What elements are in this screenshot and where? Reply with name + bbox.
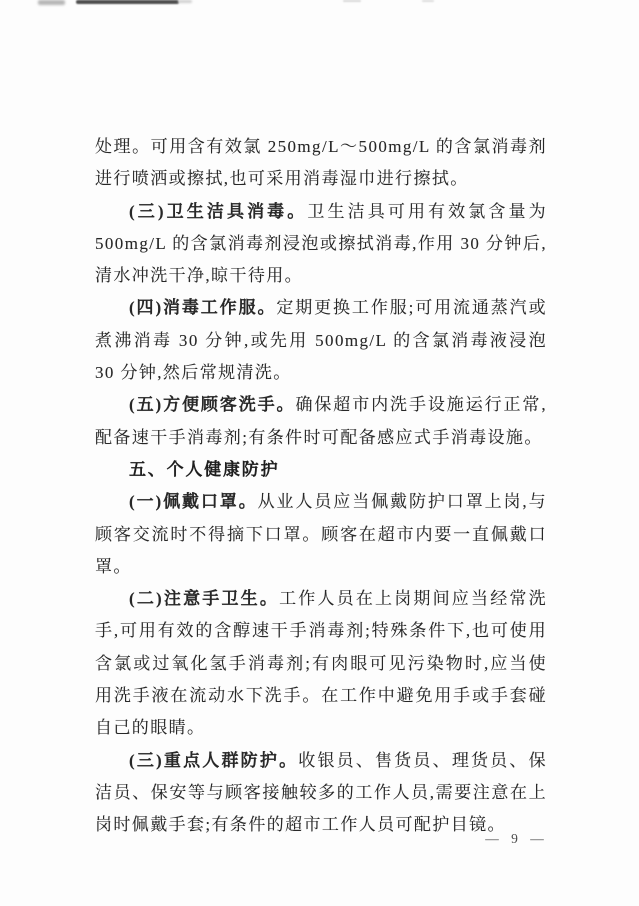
paragraph-lead: (二)注意手卫生。 [129, 589, 279, 608]
paragraph-text: 工作人员在上岗期间应当经常洗手,可用有效的含醇速干手消毒剂;特殊条件下,也可使用… [95, 589, 547, 737]
paragraph-item-5-hand-washing: (五)方便顾客洗手。确保超市内洗手设施运行正常,配备速干手消毒剂;有条件时可配备… [95, 389, 547, 454]
paragraph-text: 处理。可用含有效氯 250mg/L～500mg/L 的含氯消毒剂进行喷洒或擦拭,… [95, 137, 547, 188]
document-page: 处理。可用含有效氯 250mg/L～500mg/L 的含氯消毒剂进行喷洒或擦拭,… [0, 0, 639, 906]
scan-artifact [76, 0, 179, 4]
paragraph-lead: (三)重点人群防护。 [129, 751, 298, 770]
paragraph-item-1-wear-mask: (一)佩戴口罩。从业人员应当佩戴防护口罩上岗,与顾客交流时不得摘下口罩。顾客在超… [95, 486, 547, 583]
paragraph-lead: (一)佩戴口罩。 [129, 492, 258, 511]
scan-artifact [178, 0, 192, 3]
paragraph-lead: (四)消毒工作服。 [129, 298, 276, 317]
paragraph-lead: (五)方便顾客洗手。 [129, 395, 295, 414]
scan-artifact [422, 0, 434, 2]
paragraph-item-3-sanitary-ware: (三)卫生洁具消毒。卫生洁具可用有效氯含量为 500mg/L 的含氯消毒剂浸泡或… [95, 196, 547, 293]
page-number: — 9 — [455, 831, 575, 847]
paragraph-item-4-work-clothes: (四)消毒工作服。定期更换工作服;可用流通蒸汽或煮沸消毒 30 分钟,或先用 5… [95, 292, 547, 389]
section-heading-personal-health-protection: 五、个人健康防护 [95, 454, 547, 486]
paragraph-continuation: 处理。可用含有效氯 250mg/L～500mg/L 的含氯消毒剂进行喷洒或擦拭,… [95, 131, 547, 196]
paragraph-lead: (三)卫生洁具消毒。 [129, 202, 307, 221]
scan-artifact [38, 0, 65, 5]
paragraph-item-3-key-personnel: (三)重点人群防护。收银员、售货员、理货员、保洁员、保安等与顾客接触较多的工作人… [95, 745, 547, 842]
paragraph-item-2-hand-hygiene: (二)注意手卫生。工作人员在上岗期间应当经常洗手,可用有效的含醇速干手消毒剂;特… [95, 583, 547, 744]
document-body: 处理。可用含有效氯 250mg/L～500mg/L 的含氯消毒剂进行喷洒或擦拭,… [95, 131, 547, 842]
scan-artifact [343, 0, 361, 2]
